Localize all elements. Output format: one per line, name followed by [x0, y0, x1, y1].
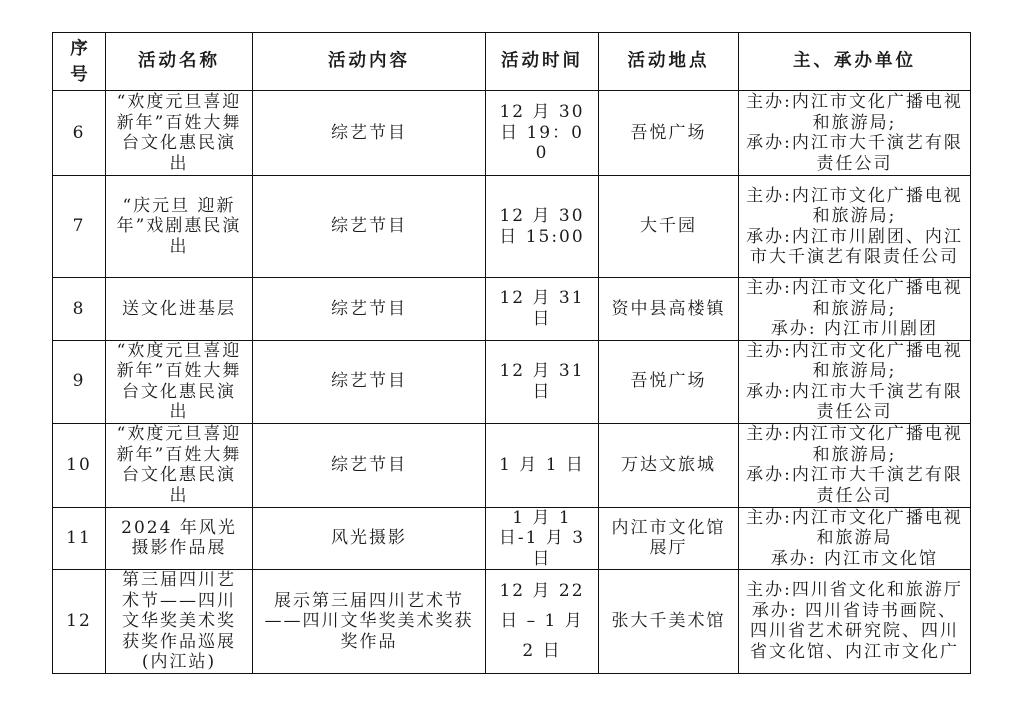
cell-content: 风光摄影: [253, 507, 486, 570]
host-org: 主办:内江市文化广播电视和旅游局: [743, 508, 966, 549]
cell-name: “欢度元旦喜迎新年”百姓大舞台文化惠民演出: [106, 91, 253, 176]
cell-time: 12 月 31 日: [486, 278, 599, 341]
cell-no: 10: [53, 423, 106, 507]
cell-content: 综艺节目: [253, 340, 486, 423]
cell-time: 1 月 1 日-1 月 3 日: [486, 507, 599, 570]
cell-no: 9: [53, 340, 106, 423]
header-time: 活动时间: [486, 33, 599, 91]
cell-time: 12 月 30 日 19：00: [486, 91, 599, 176]
cell-name: “欢度元旦喜迎新年”百姓大舞台文化惠民演出: [106, 340, 253, 423]
cell-place: 张大千美术馆: [599, 570, 739, 674]
header-no: 序号: [53, 33, 106, 91]
cell-place: 大千园: [599, 176, 739, 278]
host-org: 主办:内江市文化广播电视和旅游局;: [743, 341, 966, 382]
cell-content: 综艺节目: [253, 91, 486, 176]
table-row: 11 2024 年风光摄影作品展 风光摄影 1 月 1 日-1 月 3 日 内江…: [53, 507, 971, 570]
table-row: 9 “欢度元旦喜迎新年”百姓大舞台文化惠民演出 综艺节目 12 月 31 日 吾…: [53, 340, 971, 423]
cell-time: 12 月 31 日: [486, 340, 599, 423]
host-org: 主办:四川省文化和旅游厅: [743, 580, 966, 601]
co-host-org: 承办: 内江市文化馆: [743, 549, 966, 570]
table-row: 10 “欢度元旦喜迎新年”百姓大舞台文化惠民演出 综艺节目 1 月 1 日 万达…: [53, 423, 971, 507]
cell-organizer: 主办:四川省文化和旅游厅 承办: 四川省诗书画院、四川省艺术研究院、四川省文化馆…: [739, 570, 971, 674]
header-organizer: 主、承办单位: [739, 33, 971, 91]
co-host-org: 承办:内江市大千演艺有限责任公司: [743, 382, 966, 423]
co-host-org: 承办:内江市川剧团、内江市大千演艺有限责任公司: [743, 227, 966, 268]
co-host-org: 承办: 四川省诗书画院、四川省艺术研究院、四川省文化馆、内江市文化广: [743, 601, 966, 663]
cell-place: 内江市文化馆展厅: [599, 507, 739, 570]
cell-no: 6: [53, 91, 106, 176]
host-org: 主办:内江市文化广播电视和旅游局;: [743, 278, 966, 319]
cell-organizer: 主办:内江市文化广播电视和旅游局; 承办:内江市川剧团、内江市大千演艺有限责任公…: [739, 176, 971, 278]
cell-content: 综艺节目: [253, 278, 486, 341]
cell-organizer: 主办:内江市文化广播电视和旅游局; 承办:内江市大千演艺有限责任公司: [739, 423, 971, 507]
header-name: 活动名称: [106, 33, 253, 91]
cell-organizer: 主办:内江市文化广播电视和旅游局; 承办: 内江市川剧团: [739, 278, 971, 341]
cell-name: 送文化进基层: [106, 278, 253, 341]
cell-place: 万达文旅城: [599, 423, 739, 507]
activity-schedule-table: 序号 活动名称 活动内容 活动时间 活动地点 主、承办单位 6 “欢度元旦喜迎新…: [52, 32, 971, 674]
cell-content: 展示第三届四川艺术节——四川文华奖美术奖获奖作品: [253, 570, 486, 674]
cell-no: 8: [53, 278, 106, 341]
co-host-org: 承办: 内江市川剧团: [743, 319, 966, 340]
co-host-org: 承办:内江市大千演艺有限责任公司: [743, 133, 966, 174]
cell-time: 12 月 30 日 15:00: [486, 176, 599, 278]
cell-content: 综艺节目: [253, 423, 486, 507]
header-row: 序号 活动名称 活动内容 活动时间 活动地点 主、承办单位: [53, 33, 971, 91]
cell-time: 1 月 1 日: [486, 423, 599, 507]
table-row: 6 “欢度元旦喜迎新年”百姓大舞台文化惠民演出 综艺节目 12 月 30 日 1…: [53, 91, 971, 176]
cell-organizer: 主办:内江市文化广播电视和旅游局; 承办:内江市大千演艺有限责任公司: [739, 91, 971, 176]
co-host-org: 承办:内江市大千演艺有限责任公司: [743, 465, 966, 506]
cell-name: 2024 年风光摄影作品展: [106, 507, 253, 570]
cell-place: 吾悦广场: [599, 91, 739, 176]
host-org: 主办:内江市文化广播电视和旅游局;: [743, 186, 966, 227]
cell-time: 12 月 22 日 – 1 月 2 日: [486, 570, 599, 674]
cell-name: “庆元旦 迎新年”戏剧惠民演出: [106, 176, 253, 278]
cell-place: 资中县高楼镇: [599, 278, 739, 341]
cell-no: 7: [53, 176, 106, 278]
cell-content: 综艺节目: [253, 176, 486, 278]
host-org: 主办:内江市文化广播电视和旅游局;: [743, 92, 966, 133]
host-org: 主办:内江市文化广播电视和旅游局;: [743, 424, 966, 465]
table-row: 7 “庆元旦 迎新年”戏剧惠民演出 综艺节目 12 月 30 日 15:00 大…: [53, 176, 971, 278]
header-place: 活动地点: [599, 33, 739, 91]
cell-no: 12: [53, 570, 106, 674]
cell-place: 吾悦广场: [599, 340, 739, 423]
cell-organizer: 主办:内江市文化广播电视和旅游局 承办: 内江市文化馆: [739, 507, 971, 570]
cell-organizer: 主办:内江市文化广播电视和旅游局; 承办:内江市大千演艺有限责任公司: [739, 340, 971, 423]
cell-name: 第三届四川艺术节——四川文华奖美术奖获奖作品巡展(内江站): [106, 570, 253, 674]
table-row: 12 第三届四川艺术节——四川文华奖美术奖获奖作品巡展(内江站) 展示第三届四川…: [53, 570, 971, 674]
cell-name: “欢度元旦喜迎新年”百姓大舞台文化惠民演出: [106, 423, 253, 507]
header-content: 活动内容: [253, 33, 486, 91]
cell-no: 11: [53, 507, 106, 570]
table-row: 8 送文化进基层 综艺节目 12 月 31 日 资中县高楼镇 主办:内江市文化广…: [53, 278, 971, 341]
